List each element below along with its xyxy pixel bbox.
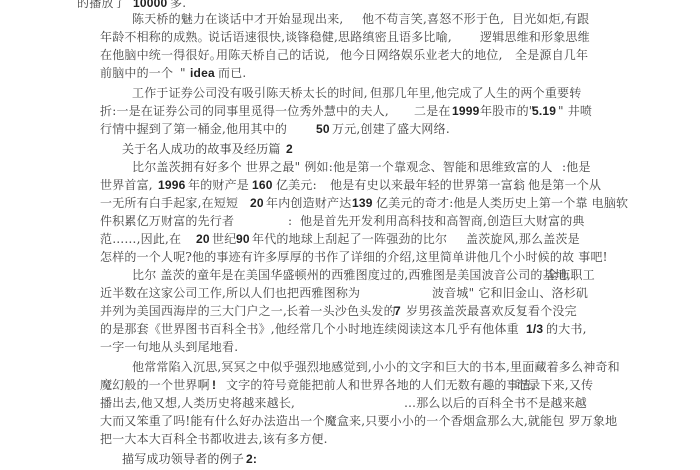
text-segment: 50 bbox=[316, 122, 330, 136]
text-segment: 多. bbox=[170, 0, 186, 10]
text-segment: 2: bbox=[246, 452, 257, 466]
text-segment: 而已. bbox=[218, 66, 246, 80]
text-segment: 他是第一个从 bbox=[528, 178, 601, 192]
text-segment: 10000 bbox=[133, 0, 167, 10]
text-segment: 7 bbox=[394, 304, 401, 318]
text-segment: 记录下来,又传 bbox=[516, 378, 593, 392]
text-segment: 亿美元: bbox=[276, 178, 317, 192]
text-segment: 20 bbox=[196, 232, 210, 246]
text-segment: 年内创造财产达 bbox=[266, 196, 351, 210]
text-segment: 文字的符号竟能把前人和世界各地的人们无数有趣的事情, bbox=[226, 378, 535, 392]
text-segment: 长着一头沙色头发的 bbox=[286, 304, 396, 318]
text-segment: 20 bbox=[250, 196, 264, 210]
text-segment: idea bbox=[190, 66, 215, 80]
text-segment: 年的财产是 bbox=[188, 178, 249, 192]
text-segment: 陈天桥的魅力在谈话中才开始显现出来, bbox=[132, 12, 343, 26]
text-segment: 全是源自几年 bbox=[515, 48, 588, 62]
text-segment: 二是在 bbox=[414, 104, 451, 118]
text-segment: 逻辑思维和形象思维 bbox=[480, 30, 590, 44]
text-segment: 工作于证券公司没有吸引陈天桥太长的时间, bbox=[132, 86, 368, 100]
text-segment: 90 bbox=[236, 232, 250, 246]
text-segment: 目光如炬,有跟 bbox=[512, 12, 589, 26]
text-segment: 亿美元的奇才:他是人类历史上第一个靠 电脑软 bbox=[376, 196, 628, 210]
text-segment: 在他脑中统一得很好。 bbox=[100, 48, 222, 62]
text-segment: 把一大本大百科全书都收进去,该有多方便. bbox=[100, 432, 328, 446]
text-segment: 件积累亿万财富的先行者 bbox=[100, 214, 234, 228]
text-segment: 并列为美国西海岸的三大门户之一, bbox=[100, 304, 287, 318]
text-segment: 怎样的一个人呢?他的事迹有许多厚厚的书作了详细的介绍,这里简单讲他几个小时候的故… bbox=[100, 250, 608, 264]
text-segment: 他是首先开发利用高科技和高智商,创造巨大财富的典 bbox=[300, 214, 585, 228]
text-segment: 2 bbox=[286, 142, 293, 156]
document-page: 的播放了 10000多.陈天桥的魅力在谈话中才开始显现出来,他不苟言笑,喜怒不形… bbox=[0, 0, 700, 470]
text-segment: 一字一句地从头到尾地看. bbox=[100, 340, 238, 354]
text-segment: " bbox=[180, 66, 186, 80]
text-segment: 年龄不相称的成熟。 bbox=[100, 30, 210, 44]
text-segment: : bbox=[288, 214, 292, 228]
section-heading: 描写成功领导者的例子 bbox=[122, 452, 244, 466]
text-segment: 的大书, bbox=[546, 322, 587, 336]
text-segment: 岁男孩盖茨最喜欢反复看个没完 bbox=[406, 304, 577, 318]
text-segment: 160 bbox=[252, 178, 273, 192]
text-segment: 1999 bbox=[452, 104, 480, 118]
text-segment: 播出去,他又想,人类历史将越来越长, bbox=[100, 396, 295, 410]
text-segment: 近半数在这家公司工作,所以人们也把西雅图称为 bbox=[100, 286, 360, 300]
text-segment: 范……,因此,在 bbox=[100, 232, 181, 246]
text-segment: : bbox=[514, 178, 518, 192]
text-segment: 世纪 bbox=[212, 232, 236, 246]
text-segment: 但那几年里,他完成了人生的两个重要转 bbox=[370, 86, 581, 100]
text-segment: 前脑中的一个 bbox=[100, 66, 173, 80]
text-segment: 5.19 bbox=[532, 104, 556, 118]
text-segment: 魔幻般的一个世界啊 bbox=[100, 378, 210, 392]
text-segment: " 井喷 bbox=[558, 104, 592, 118]
text-segment: 年股市的" bbox=[480, 104, 535, 118]
text-segment: 他常常陷入沉思,冥冥之中似乎强烈地感觉到,小小的文字和巨大的书本,里面藏着多么神… bbox=[132, 360, 620, 374]
text-segment: 用陈天桥自己的话说, bbox=[216, 48, 330, 62]
text-segment: 的播放了 bbox=[77, 0, 126, 10]
text-segment: 行情中握到了第一桶金,他用其中的 bbox=[100, 122, 287, 136]
text-segment: …那么以后的百科全书不是越来越 bbox=[404, 396, 587, 410]
text-segment: 1996 bbox=[158, 178, 186, 192]
text-segment: 盖茨旋风,那么盖茨是 bbox=[466, 232, 580, 246]
text-segment: 大而又笨重了吗!能有什么好办法造出一个魔盒来,只要小小的一个香烟盒那么大,就能包… bbox=[100, 414, 617, 428]
text-segment: 他是有史以来最年轻的世界第一富翁 bbox=[330, 178, 525, 192]
text-segment: 139 bbox=[352, 196, 373, 210]
text-segment: 波音城" 它和旧金山、洛杉矶 bbox=[432, 286, 588, 300]
section-heading: 关于名人成功的故事及经历篇 bbox=[122, 142, 281, 156]
text-segment: 世界首富, bbox=[100, 178, 153, 192]
text-segment: 全市职工 bbox=[546, 268, 595, 282]
text-segment: 他不苟言笑,喜怒不形于色, bbox=[362, 12, 504, 26]
text-segment: 比尔 盖茨的童年是在美国华盛顿州的西雅图度过的,西雅图是美国波音公司的基地, bbox=[132, 268, 571, 282]
text-segment: 说话语速很快,谈锋稳健,思路缜密且语多比喻, bbox=[208, 30, 452, 44]
text-segment: 年代的地球上刮起了一阵强劲的比尔 bbox=[252, 232, 447, 246]
text-segment: 一无所有白手起家,在短短 bbox=[100, 196, 238, 210]
text-segment: 他今日网络娱乐业老大的地位, bbox=[340, 48, 503, 62]
text-segment: 折:一是在证券公司的同事里觅得一位秀外慧中的夫人, bbox=[100, 104, 389, 118]
text-segment: ! bbox=[212, 378, 216, 392]
text-segment: 的是那套《世界图书百科全书》,他经常几个小时地连续阅读这本几乎有他体重 bbox=[100, 322, 519, 336]
text-segment: 万元,创建了盛大网络. bbox=[332, 122, 450, 136]
text-segment: :他是 bbox=[562, 160, 591, 174]
text-segment: 比尔盖茨拥有好多个 世界之最" 例如:他是第一个靠观念、智能和思维致富的人 bbox=[132, 160, 553, 174]
text-segment: 1/3 bbox=[526, 322, 543, 336]
